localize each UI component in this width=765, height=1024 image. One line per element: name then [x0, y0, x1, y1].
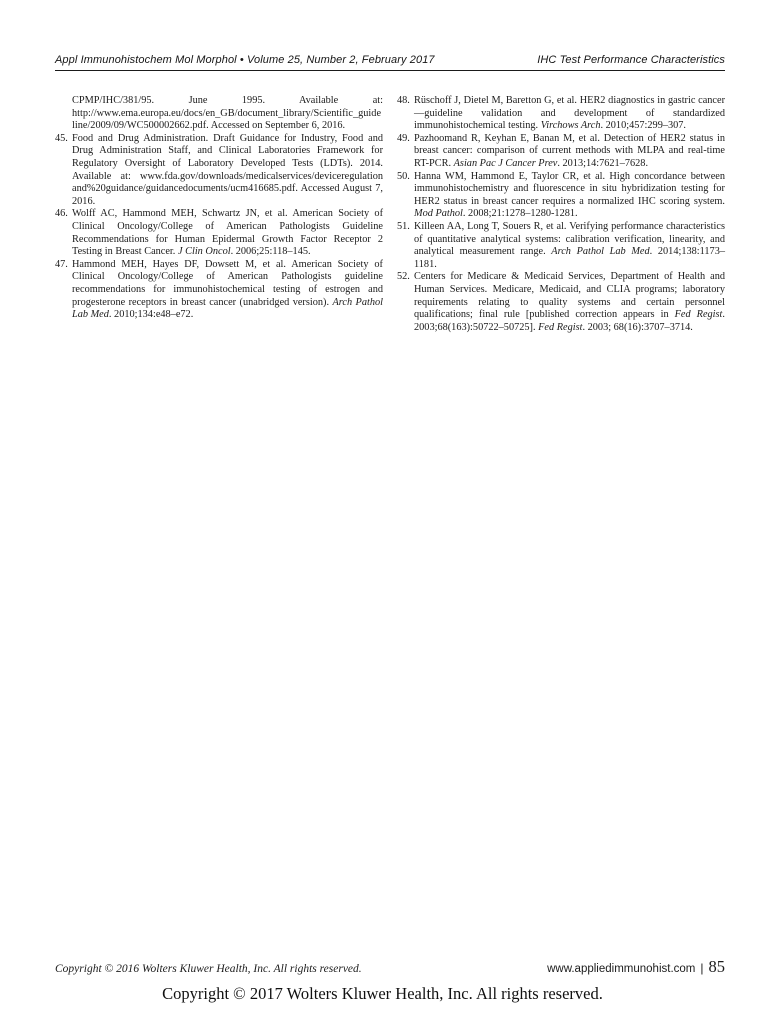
- reference-item: 52.Centers for Medicare & Medicaid Servi…: [397, 271, 725, 334]
- reference-number: 51.: [397, 221, 413, 234]
- page-header: Appl Immunohistochem Mol Morphol • Volum…: [55, 54, 725, 66]
- reference-text: CPMP/IHC/381/95. June 1995. Available at…: [72, 95, 383, 131]
- references-column-left: CPMP/IHC/381/95. June 1995. Available at…: [55, 95, 383, 334]
- page-number: 85: [709, 957, 726, 977]
- reference-item: 47.Hammond MEH, Hayes DF, Dowsett M, et …: [55, 259, 383, 322]
- reference-text: Wolff AC, Hammond MEH, Schwartz JN, et a…: [72, 208, 383, 257]
- article-running-title: IHC Test Performance Characteristics: [537, 54, 725, 66]
- journal-citation: Appl Immunohistochem Mol Morphol • Volum…: [55, 54, 435, 66]
- reference-text: Rüschoff J, Dietel M, Baretton G, et al.…: [414, 95, 725, 131]
- footer-separator: |: [700, 961, 703, 975]
- reference-text: Hanna WM, Hammond E, Taylor CR, et al. H…: [414, 171, 725, 220]
- reference-item: 50.Hanna WM, Hammond E, Taylor CR, et al…: [397, 171, 725, 221]
- reference-text: Hammond MEH, Hayes DF, Dowsett M, et al.…: [72, 259, 383, 320]
- reference-item: 49.Pazhoomand R, Keyhan E, Banan M, et a…: [397, 133, 725, 171]
- reference-text: Food and Drug Administration. Draft Guid…: [72, 133, 383, 207]
- footer-right: www.appliedimmunohist.com | 85: [547, 957, 725, 977]
- reference-item: 45.Food and Drug Administration. Draft G…: [55, 133, 383, 209]
- reference-number: 46.: [55, 208, 71, 221]
- reference-text: Centers for Medicare & Medicaid Services…: [414, 271, 725, 332]
- reference-number: 49.: [397, 133, 413, 146]
- reference-number: 52.: [397, 271, 413, 284]
- reference-text: Pazhoomand R, Keyhan E, Banan M, et al. …: [414, 133, 725, 169]
- reference-text: Killeen AA, Long T, Souers R, et al. Ver…: [414, 221, 725, 270]
- reference-item: 51.Killeen AA, Long T, Souers R, et al. …: [397, 221, 725, 271]
- references-column-right: 48.Rüschoff J, Dietel M, Baretton G, et …: [397, 95, 725, 334]
- references-section: CPMP/IHC/381/95. June 1995. Available at…: [55, 95, 725, 334]
- page-footer: Copyright © 2016 Wolters Kluwer Health, …: [55, 957, 725, 977]
- reference-item: 48.Rüschoff J, Dietel M, Baretton G, et …: [397, 95, 725, 133]
- bottom-copyright: Copyright © 2017 Wolters Kluwer Health, …: [0, 984, 765, 1004]
- reference-number: 47.: [55, 259, 71, 272]
- header-rule: [55, 70, 725, 71]
- reference-number: 45.: [55, 133, 71, 146]
- reference-item: CPMP/IHC/381/95. June 1995. Available at…: [55, 95, 383, 133]
- reference-number: 50.: [397, 171, 413, 184]
- journal-page: Appl Immunohistochem Mol Morphol • Volum…: [0, 0, 765, 1024]
- reference-number: 48.: [397, 95, 413, 108]
- footer-journal-url: www.appliedimmunohist.com: [547, 963, 695, 975]
- footer-copyright: Copyright © 2016 Wolters Kluwer Health, …: [55, 963, 362, 975]
- reference-item: 46.Wolff AC, Hammond MEH, Schwartz JN, e…: [55, 208, 383, 258]
